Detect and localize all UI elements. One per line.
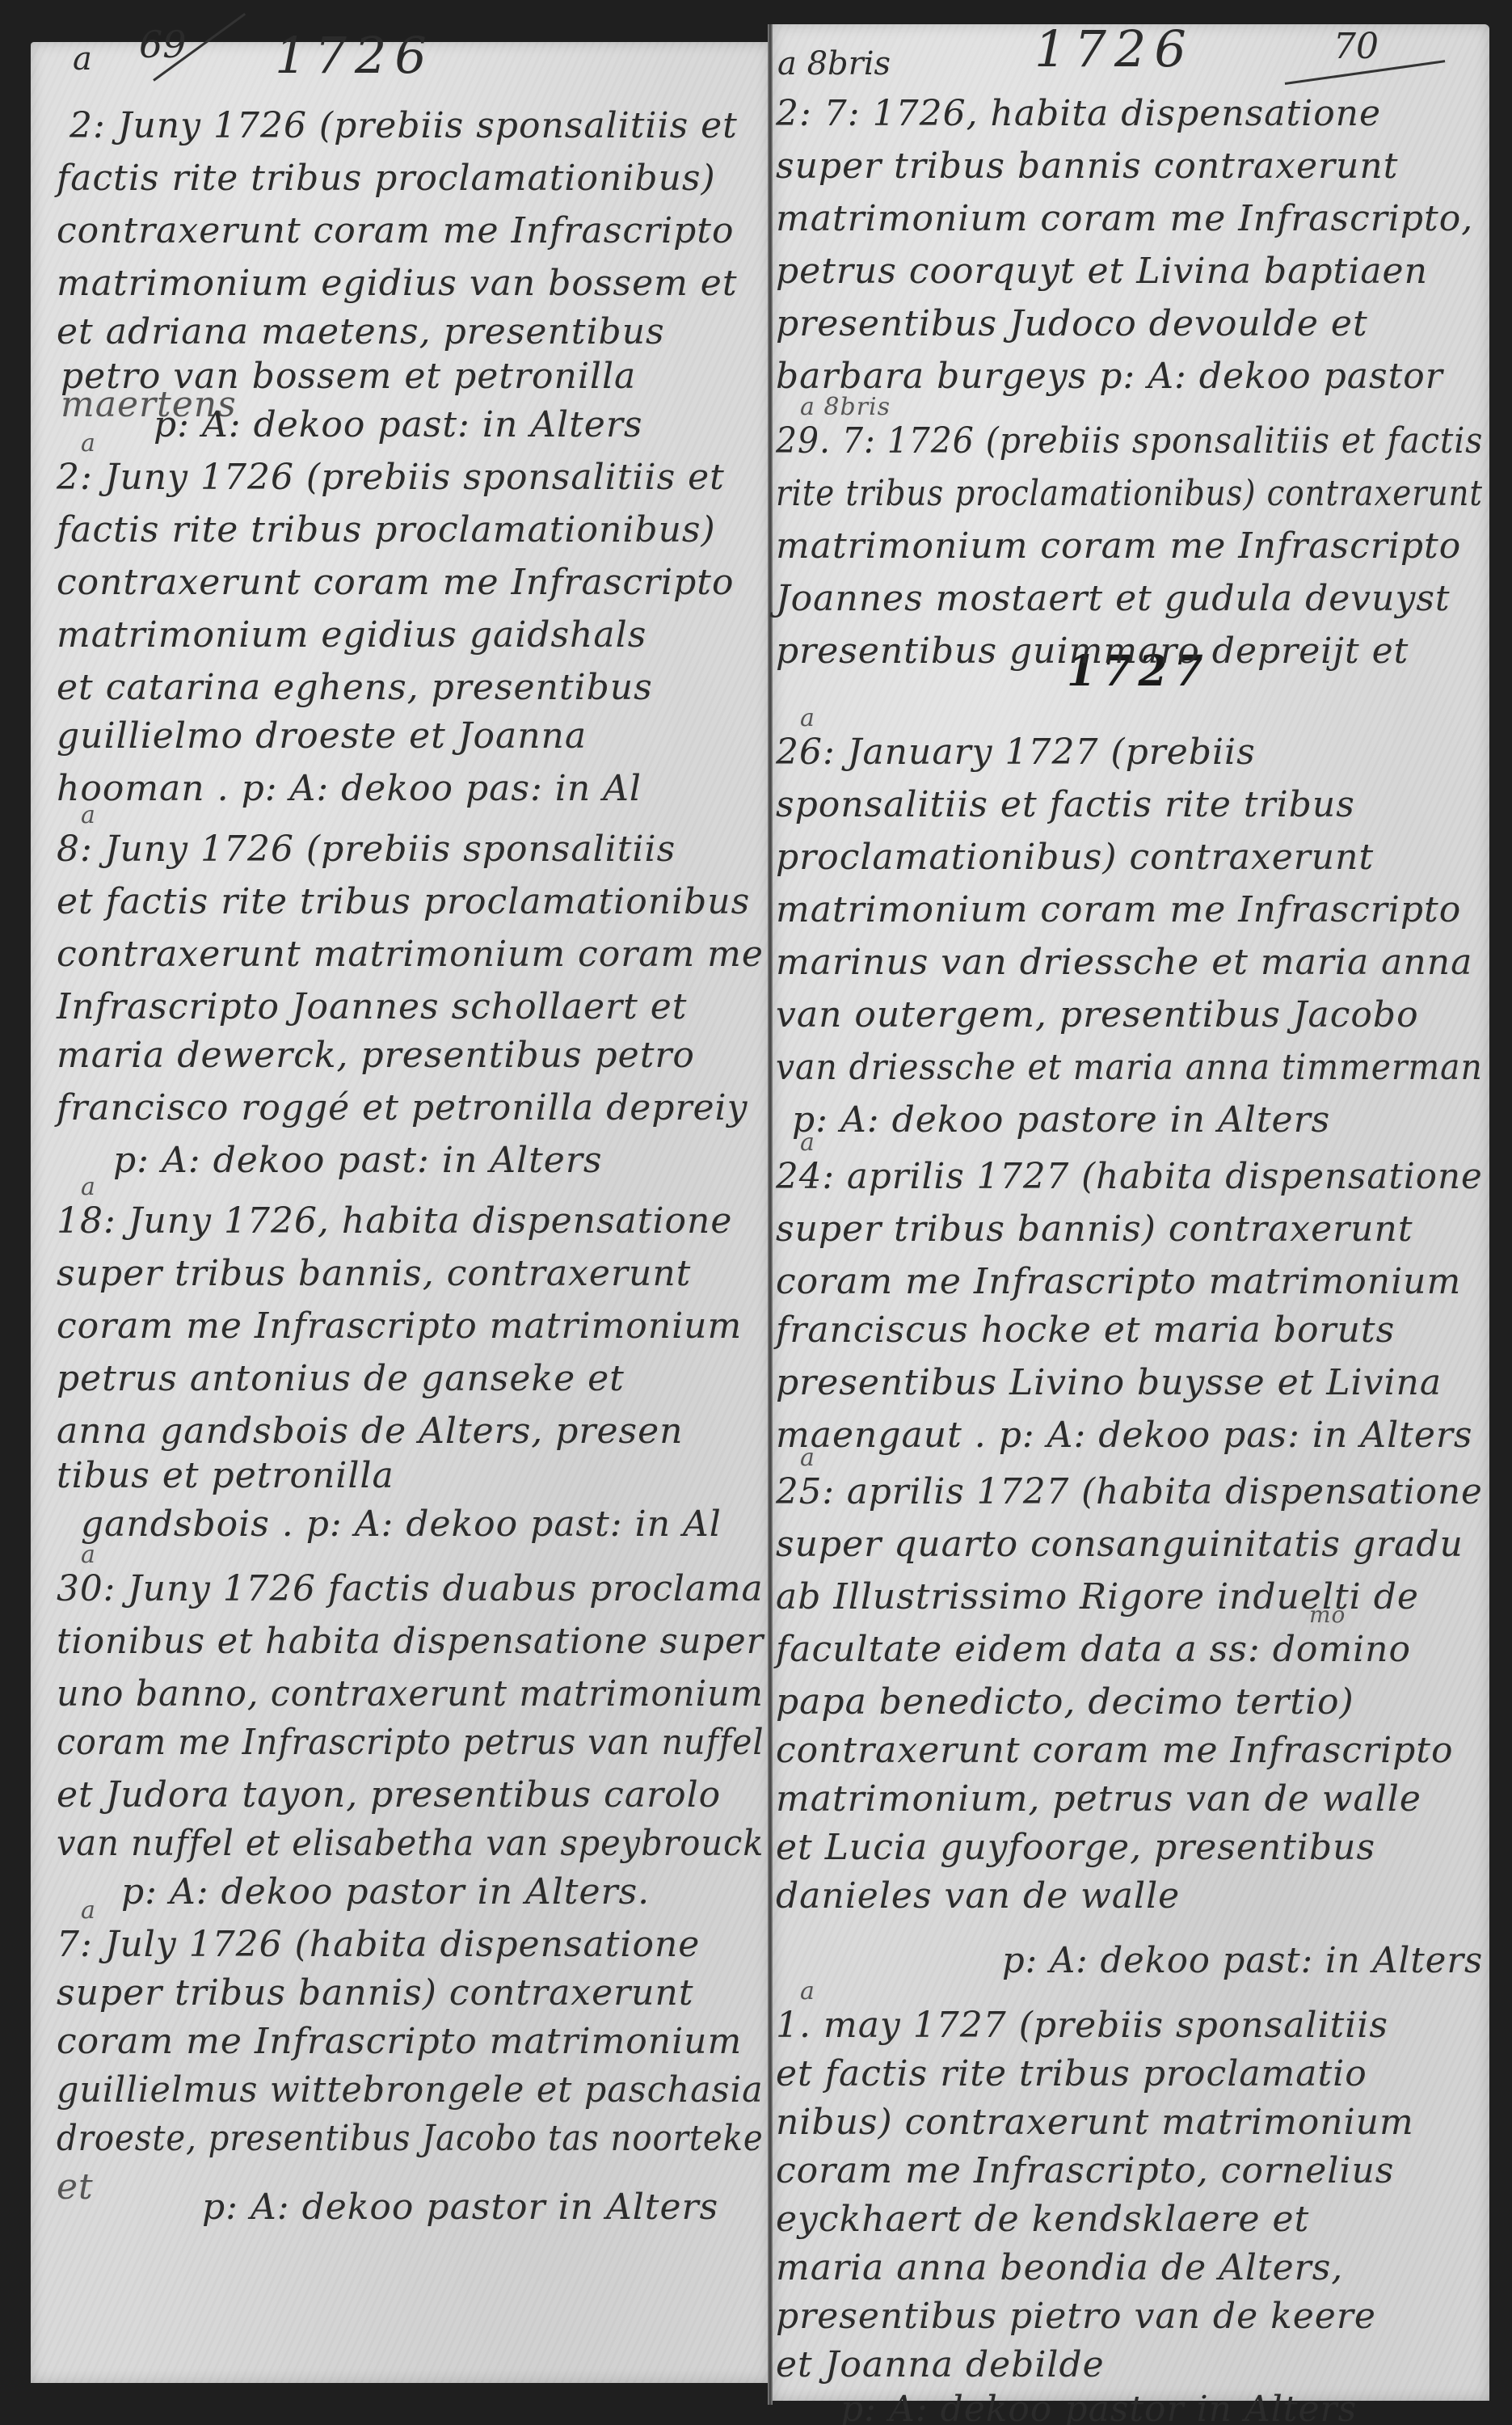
right-header-prefix: a 8bris bbox=[777, 45, 891, 82]
left-register-line: uno banno, contraxerunt matrimonium bbox=[57, 1673, 764, 1714]
right-register-line: presentibus guimmaro depreijt et bbox=[776, 630, 1409, 672]
right-register-line: p: A: dekoo pastor in Alters bbox=[840, 2389, 1357, 2425]
left-register-line: tionibus et habita dispensatione super bbox=[57, 1621, 764, 1662]
right-register-line: matrimonium coram me Infrascripto, bbox=[776, 198, 1473, 239]
right-register-line: et Lucia guyfoorge, presentibus bbox=[776, 1827, 1375, 1868]
superscript-annotation: a bbox=[800, 1128, 815, 1157]
superscript-annotation: a bbox=[81, 1896, 96, 1925]
left-register-line: matrimonium egidius gaidshals bbox=[57, 614, 646, 656]
left-register-line: et bbox=[57, 2166, 94, 2208]
right-register-line: petrus coorquyt et Livina baptiaen bbox=[776, 251, 1428, 292]
right-register-line: sponsalitiis et factis rite tribus bbox=[776, 784, 1355, 825]
left-register-line: coram me Infrascripto matrimonium bbox=[57, 1305, 742, 1347]
right-register-line: eyckhaert de kendsklaere et bbox=[776, 2199, 1309, 2240]
right-register-line: Joannes mostaert et gudula devuyst bbox=[776, 578, 1451, 619]
left-register-line: 2: Juny 1726 (prebiis sponsalitiis et bbox=[57, 457, 725, 498]
left-register-line: p: A: dekoo pastor in Alters bbox=[202, 2187, 718, 2228]
right-header-year: 1726 bbox=[1034, 19, 1194, 78]
superscript-annotation: a bbox=[81, 1541, 96, 1569]
left-register-line: francisco roggé et petronilla depreiy bbox=[57, 1087, 748, 1128]
superscript-annotation: a bbox=[800, 1977, 815, 2005]
left-register-line: guillielmo droeste et Joanna bbox=[57, 715, 587, 757]
right-register-line: barbara burgeys p: A: dekoo pastor bbox=[776, 356, 1443, 397]
right-register-line: rite tribus proclamationibus) contraxeru… bbox=[776, 473, 1483, 514]
right-register-line: presentibus pietro van de keere bbox=[776, 2296, 1376, 2337]
superscript-annotation: a 8bris bbox=[800, 393, 891, 421]
right-register-line: papa benedicto, decimo tertio) bbox=[776, 1681, 1354, 1723]
left-register-line: et adriana maetens, presentibus bbox=[57, 311, 665, 352]
right-register-line: contraxerunt coram me Infrascripto bbox=[776, 1730, 1453, 1771]
superscript-annotation: a bbox=[81, 1173, 96, 1201]
right-register-line: 25: aprilis 1727 (habita dispensatione bbox=[776, 1471, 1483, 1512]
left-header-prefix: a bbox=[73, 40, 92, 78]
right-register-line: 24: aprilis 1727 (habita dispensatione bbox=[776, 1156, 1483, 1197]
superscript-annotation: a bbox=[800, 1444, 815, 1472]
superscript-annotation: a bbox=[81, 801, 96, 829]
left-register-line: 8: Juny 1726 (prebiis sponsalitiis bbox=[57, 829, 676, 870]
right-register-line: nibus) contraxerunt matrimonium bbox=[776, 2102, 1414, 2143]
right-register-line: super tribus bannis contraxerunt bbox=[776, 145, 1398, 187]
left-register-line: et factis rite tribus proclamationibus bbox=[57, 881, 750, 922]
right-register-line: 1. may 1727 (prebiis sponsalitiis bbox=[776, 2005, 1388, 2046]
book-gutter bbox=[768, 24, 773, 2405]
right-register-line: et Joanna debilde bbox=[776, 2344, 1105, 2385]
left-register-line: contraxerunt coram me Infrascripto bbox=[57, 210, 734, 251]
left-register-line: factis rite tribus proclamationibus) bbox=[57, 509, 716, 550]
left-register-line: super tribus bannis) contraxerunt bbox=[57, 1972, 694, 2014]
left-register-line: 7: July 1726 (habita dispensatione bbox=[57, 1924, 700, 1965]
left-register-line: coram me Infrascripto petrus van nuffel bbox=[57, 1722, 764, 1763]
left-register-line: 18: Juny 1726, habita dispensatione bbox=[57, 1200, 732, 1242]
right-register-line: presentibus Livino buysse et Livina bbox=[776, 1362, 1442, 1403]
left-register-line: guillielmus wittebrongele et paschasia bbox=[57, 2069, 764, 2111]
superscript-annotation: a bbox=[800, 704, 815, 732]
right-register-line: maria anna beondia de Alters, bbox=[776, 2247, 1343, 2288]
right-register-line: danieles van de walle bbox=[776, 1875, 1180, 1917]
superscript-annotation: a bbox=[81, 429, 96, 458]
right-register-line: super quarto consanguinitatis gradu bbox=[776, 1524, 1464, 1565]
right-register-line: matrimonium coram me Infrascripto bbox=[776, 889, 1461, 930]
right-register-line: p: A: dekoo pastore in Alters bbox=[792, 1099, 1330, 1141]
right-register-line: 26: January 1727 (prebiis bbox=[776, 732, 1256, 773]
right-register-line: coram me Infrascripto, cornelius bbox=[776, 2150, 1394, 2191]
right-register-line: presentibus Judoco devoulde et bbox=[776, 303, 1368, 344]
left-register-line: et catarina eghens, presentibus bbox=[57, 667, 653, 708]
left-register-line: droeste, presentibus Jacobo tas noorteke bbox=[57, 2118, 764, 2159]
superscript-annotation: mo bbox=[1309, 1601, 1346, 1628]
right-register-line: et factis rite tribus proclamatio bbox=[776, 2053, 1367, 2094]
left-register-line: p: A: dekoo past: in Alters bbox=[113, 1140, 602, 1181]
left-register-line: factis rite tribus proclamationibus) bbox=[57, 158, 716, 199]
right-register-line: van driessche et maria anna timmerman bbox=[776, 1047, 1483, 1088]
left-register-line: petrus antonius de ganseke et bbox=[57, 1358, 625, 1399]
left-register-line: anna gandsbois de Alters, presen bbox=[57, 1411, 683, 1452]
left-register-line: super tribus bannis, contraxerunt bbox=[57, 1253, 691, 1294]
right-register-line: 2: 7: 1726, habita dispensatione bbox=[776, 93, 1381, 134]
right-register-line: proclamationibus) contraxerunt bbox=[776, 837, 1374, 878]
right-register-line: marinus van driessche et maria anna bbox=[776, 942, 1472, 983]
right-register-line: matrimonium, petrus van de walle bbox=[776, 1778, 1421, 1820]
right-register-line: maengaut . p: A: dekoo pas: in Alters bbox=[776, 1415, 1472, 1456]
right-register-line: super tribus bannis) contraxerunt bbox=[776, 1208, 1413, 1250]
left-register-line: Infrascripto Joannes schollaert et bbox=[57, 986, 687, 1027]
left-register-line: coram me Infrascripto matrimonium bbox=[57, 2021, 742, 2062]
left-header-year: 1726 bbox=[275, 26, 435, 85]
left-register-line: p: A: dekoo past: in Alters bbox=[154, 404, 642, 445]
left-register-line: matrimonium egidius van bossem et bbox=[57, 263, 738, 304]
left-register-line: contraxerunt coram me Infrascripto bbox=[57, 562, 734, 603]
right-register-line: p: A: dekoo past: in Alters bbox=[1002, 1940, 1483, 1981]
left-register-line: tibus et petronilla bbox=[57, 1455, 394, 1496]
left-register-line: p: A: dekoo pastor in Alters. bbox=[121, 1871, 650, 1913]
left-register-line: maria dewerck, presentibus petro bbox=[57, 1035, 695, 1076]
left-register-line: gandsbois . p: A: dekoo past: in Al bbox=[81, 1503, 722, 1545]
left-register-line: hooman . p: A: dekoo pas: in Al bbox=[57, 768, 642, 809]
right-register-line: 29. 7: 1726 (prebiis sponsalitiis et fac… bbox=[776, 420, 1483, 462]
right-folio-number: 70 bbox=[1333, 26, 1379, 67]
left-register-line: et Judora tayon, presentibus carolo bbox=[57, 1774, 721, 1816]
right-register-line: van outergem, presentibus Jacobo bbox=[776, 994, 1419, 1035]
left-register-line: van nuffel et elisabetha van speybrouck bbox=[57, 1823, 764, 1864]
left-register-line: 30: Juny 1726 factis duabus proclama bbox=[57, 1568, 764, 1609]
left-register-line: 2: Juny 1726 (prebiis sponsalitiis et bbox=[69, 105, 738, 146]
right-register-line: franciscus hocke et maria boruts bbox=[776, 1309, 1395, 1351]
right-register-line: coram me Infrascripto matrimonium bbox=[776, 1261, 1461, 1302]
right-register-line: facultate eidem data a ss: domino bbox=[776, 1629, 1411, 1670]
left-register-line: contraxerunt matrimonium coram me bbox=[57, 934, 764, 975]
right-register-line: matrimonium coram me Infrascripto bbox=[776, 525, 1461, 567]
